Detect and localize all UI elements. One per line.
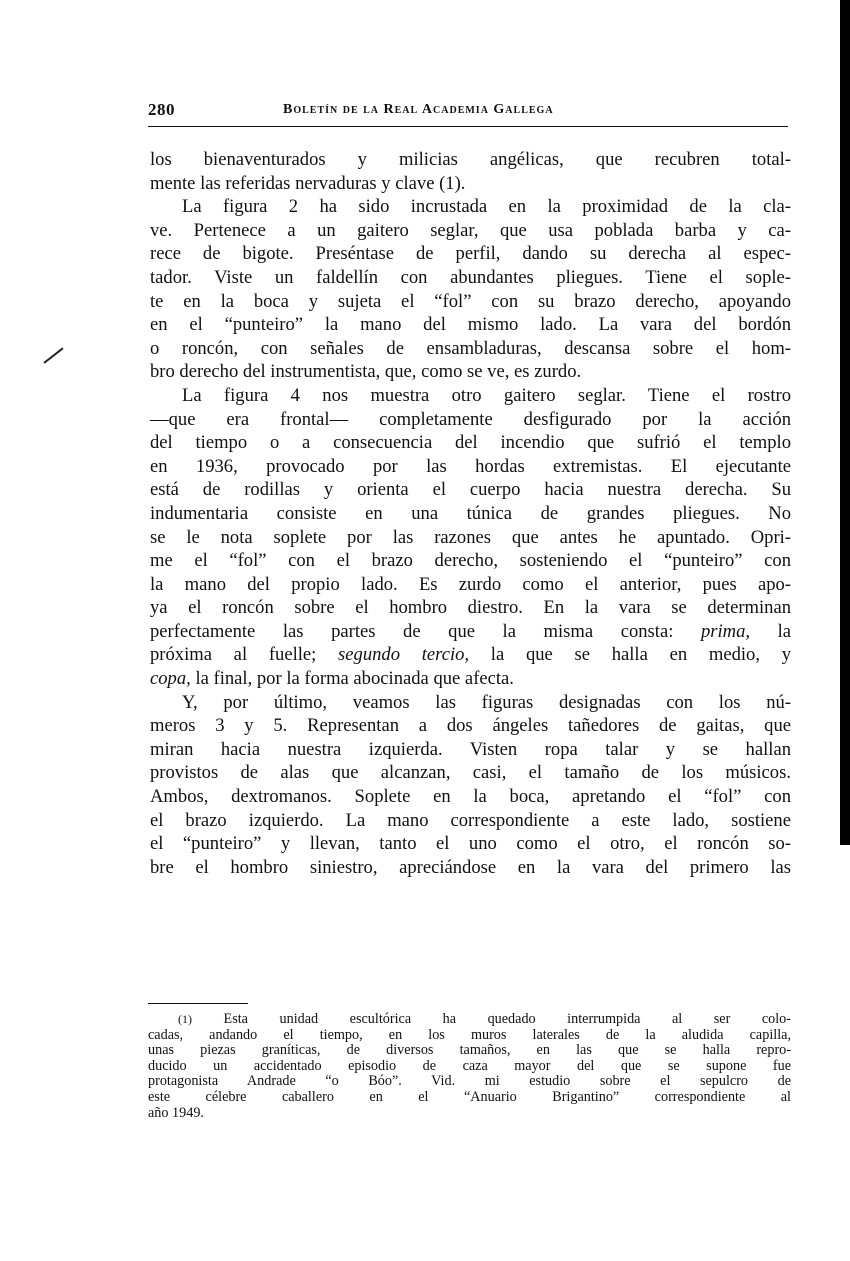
page-header: 280 Boletín de la Real Academia Gallega bbox=[148, 100, 624, 122]
text-line: me el “fol” con el brazo derecho, sosten… bbox=[150, 549, 791, 573]
scanned-page: 280 Boletín de la Real Academia Gallega … bbox=[0, 0, 850, 1261]
text-line: del tiempo o a consecuencia del incendio… bbox=[150, 431, 791, 455]
text-line: provistos de alas que alcanzan, casi, el… bbox=[150, 761, 791, 785]
text-line: meros 3 y 5. Representan a dos ángeles t… bbox=[150, 714, 791, 738]
footnote-line: ducido un accidentado episodio de caza m… bbox=[148, 1059, 791, 1075]
text-line: o roncón, con señales de ensambladuras, … bbox=[150, 337, 791, 361]
text-line: ya el roncón sobre el hombro diestro. En… bbox=[150, 596, 791, 620]
footnote-rule bbox=[148, 1003, 248, 1004]
text-run: perfectamente las partes de que la misma… bbox=[150, 621, 701, 642]
text-line: se le nota soplete por las razones que a… bbox=[150, 526, 791, 550]
text-run: la bbox=[750, 621, 791, 642]
text-line-rich: próxima al fuelle; segundo tercio, la qu… bbox=[150, 643, 791, 667]
footnote-line: este célebre caballero en el “Anuario Br… bbox=[148, 1090, 791, 1106]
text-line: —que era frontal— completamente desfigur… bbox=[150, 408, 791, 432]
text-line: Ambos, dextromanos. Soplete en la boca, … bbox=[150, 785, 791, 809]
footnote-text: Esta unidad escultórica ha quedado inter… bbox=[224, 1011, 791, 1027]
text-line: bre el hombro siniestro, apreciándose en… bbox=[150, 856, 791, 880]
footnote-line: protagonista Andrade “o Bóo”. Vid. mi es… bbox=[148, 1074, 791, 1090]
paragraph-4: Y, por último, veamos las figuras design… bbox=[150, 691, 791, 880]
paragraph-2: La figura 2 ha sido incrustada en la pro… bbox=[150, 195, 791, 384]
text-line: el “punteiro” y llevan, tanto el uno com… bbox=[150, 832, 791, 856]
text-line: Y, por último, veamos las figuras design… bbox=[150, 691, 791, 715]
text-line: miran hacia nuestra izquierda. Visten ro… bbox=[150, 738, 791, 762]
footnote-line: cadas, andando el tiempo, en los muros l… bbox=[148, 1028, 791, 1044]
text-line: el brazo izquierdo. La mano correspondie… bbox=[150, 809, 791, 833]
header-rule bbox=[148, 126, 788, 127]
text-line: en 1936, provocado por las hordas extrem… bbox=[150, 455, 791, 479]
text-line: indumentaria consiste en una túnica de g… bbox=[150, 502, 791, 526]
text-line: en el “punteiro” la mano del mismo lado.… bbox=[150, 313, 791, 337]
text-line: rece de bigote. Preséntase de perfil, da… bbox=[150, 242, 791, 266]
footnote-line: (1) Esta unidad escultórica ha quedado i… bbox=[148, 1012, 791, 1028]
italic-term-segundo-tercio: segundo tercio, bbox=[338, 644, 469, 665]
paragraph-3: La figura 4 nos muestra otro gaitero seg… bbox=[150, 384, 791, 691]
margin-pencil-mark bbox=[43, 347, 63, 363]
italic-term-copa: copa, bbox=[150, 668, 191, 689]
italic-term-prima: prima, bbox=[701, 621, 750, 642]
text-line-rich: copa, la final, por la forma abocinada q… bbox=[150, 667, 791, 691]
text-run: la que se halla en medio, y bbox=[469, 644, 791, 665]
footnote-line: año 1949. bbox=[148, 1106, 791, 1122]
text-line-rich: perfectamente las partes de que la misma… bbox=[150, 620, 791, 644]
text-line: La figura 4 nos muestra otro gaitero seg… bbox=[150, 384, 791, 408]
text-line: los bienaventurados y milicias angélicas… bbox=[150, 148, 791, 172]
body-text: los bienaventurados y milicias angélicas… bbox=[150, 148, 791, 879]
page-number: 280 bbox=[148, 100, 175, 120]
scan-edge-shadow bbox=[840, 0, 850, 845]
footnote-marker: (1) bbox=[178, 1012, 192, 1026]
footnote-line: unas piezas graníticas, de diversos tama… bbox=[148, 1043, 791, 1059]
text-line: te en la boca y sujeta el “fol” con su b… bbox=[150, 290, 791, 314]
footnote: (1) Esta unidad escultórica ha quedado i… bbox=[148, 1012, 791, 1121]
text-line: La figura 2 ha sido incrustada en la pro… bbox=[150, 195, 791, 219]
text-line: bro derecho del instrumentista, que, com… bbox=[150, 360, 791, 384]
paragraph-1: los bienaventurados y milicias angélicas… bbox=[150, 148, 791, 195]
text-line: mente las referidas nervaduras y clave (… bbox=[150, 172, 791, 196]
text-line: ve. Pertenece a un gaitero seglar, que u… bbox=[150, 219, 791, 243]
text-line: está de rodillas y orienta el cuerpo hac… bbox=[150, 478, 791, 502]
text-run: la final, por la forma abocinada que afe… bbox=[191, 668, 514, 689]
text-line: tador. Viste un faldellín con abundantes… bbox=[150, 266, 791, 290]
text-run: próxima al fuelle; bbox=[150, 644, 338, 665]
text-line: la mano del propio lado. Es zurdo como e… bbox=[150, 573, 791, 597]
running-head: Boletín de la Real Academia Gallega bbox=[283, 102, 554, 118]
